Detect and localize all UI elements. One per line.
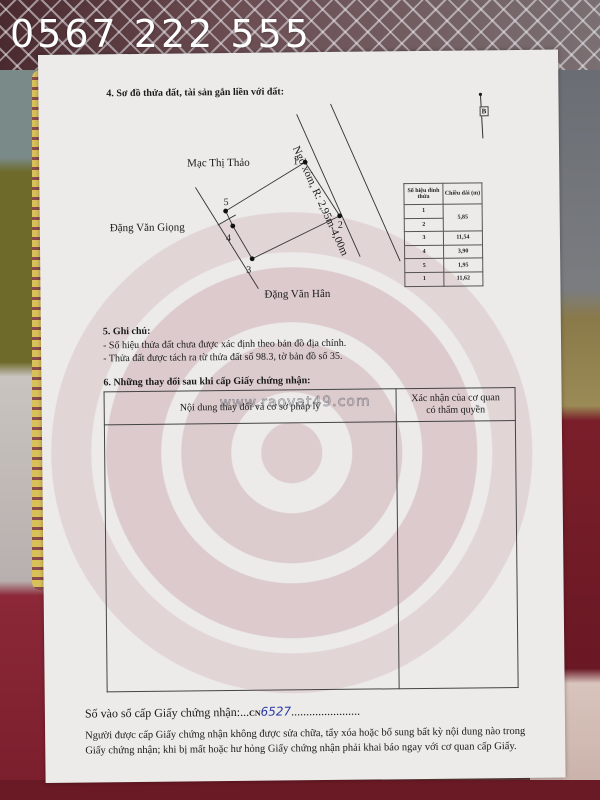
land-certificate-page: 4. Sơ đồ thửa đất, tài sản gắn liền với … — [38, 50, 566, 783]
vertex-label-5: 5 — [223, 197, 228, 208]
length-cell: 11,54 — [443, 231, 482, 245]
vertex-label-2: 2 — [338, 220, 343, 231]
vertex-label-1: 1 — [293, 156, 298, 167]
footer-note-line2: Giấy chứng nhận; khi bị mất hoặc hư hỏng… — [85, 741, 516, 757]
land-plot-diagram — [38, 50, 561, 355]
length-cell: 3,90 — [444, 245, 483, 259]
watermark-text: www.raovat49.com — [220, 394, 371, 412]
changes-table: Nội dung thay đổi và cơ sở pháp lý Xác n… — [104, 387, 519, 692]
confirmation-header-line2: có thẩm quyền — [397, 404, 513, 417]
changes-col-confirmation: Xác nhận của cơ quan có thẩm quyền — [396, 388, 516, 422]
section6-title: 6. Những thay đổi sau khi cấp Giấy chứng… — [103, 375, 310, 388]
changes-confirmation-cell — [396, 421, 518, 689]
table-row: 43,90 — [405, 245, 483, 259]
vertex-cell: 3 — [404, 231, 443, 245]
changes-body-row — [104, 421, 518, 692]
vertex-label-4: 4 — [226, 233, 231, 244]
table-row: 311,54 — [404, 231, 482, 245]
vertex-cell: 4 — [405, 245, 444, 259]
vertex-label-3: 3 — [246, 265, 251, 276]
vertex-cell: 5 — [405, 259, 444, 273]
vertex-cell: 1 — [405, 272, 444, 286]
confirmation-header-line1: Xác nhận của cơ quan — [397, 392, 513, 405]
registry-number: 6527 — [261, 704, 292, 718]
neighbor-west: Đặng Văn Giọng — [110, 221, 185, 234]
north-label: B — [480, 106, 489, 116]
note-2: - Thửa đất được tách ra từ thửa đất số 9… — [103, 351, 342, 365]
table-row: 111,62 — [405, 272, 483, 286]
changes-content-cell — [104, 422, 399, 692]
vertex-length-table: Số hiệu đỉnh thửa Chiều dài (m) 15,85 2 … — [403, 182, 483, 286]
table-header-length: Chiều dài (m) — [443, 183, 482, 204]
neighbor-north: Mạc Thị Thảo — [187, 157, 250, 170]
table-row: 51,95 — [405, 258, 483, 272]
background-fabric-bottom — [0, 780, 600, 800]
vertex-cell: 1 — [404, 204, 443, 218]
vertex-cell: 2 — [404, 218, 443, 232]
length-cell: 1,95 — [444, 258, 483, 272]
length-cell: 5,85 — [443, 204, 482, 232]
footer-note-line1: Người được cấp Giấy chứng nhận không đượ… — [85, 726, 525, 742]
table-row: 15,85 — [404, 204, 482, 218]
neighbor-south: Đặng Văn Hân — [264, 288, 330, 301]
registry-dots: ....................... — [291, 704, 360, 719]
section5-title: 5. Ghi chú: — [103, 326, 151, 337]
table-header-vertex: Số hiệu đỉnh thửa — [404, 183, 443, 204]
registry-label: Số vào sổ cấp Giấy chứng nhận:... — [85, 705, 249, 721]
phone-number-overlay: 0567 222 555 — [10, 12, 312, 56]
registry-line: Số vào sổ cấp Giấy chứng nhận:...CN6527.… — [85, 704, 360, 722]
registry-prefix: CN — [249, 709, 261, 718]
length-cell: 11,62 — [444, 272, 483, 286]
